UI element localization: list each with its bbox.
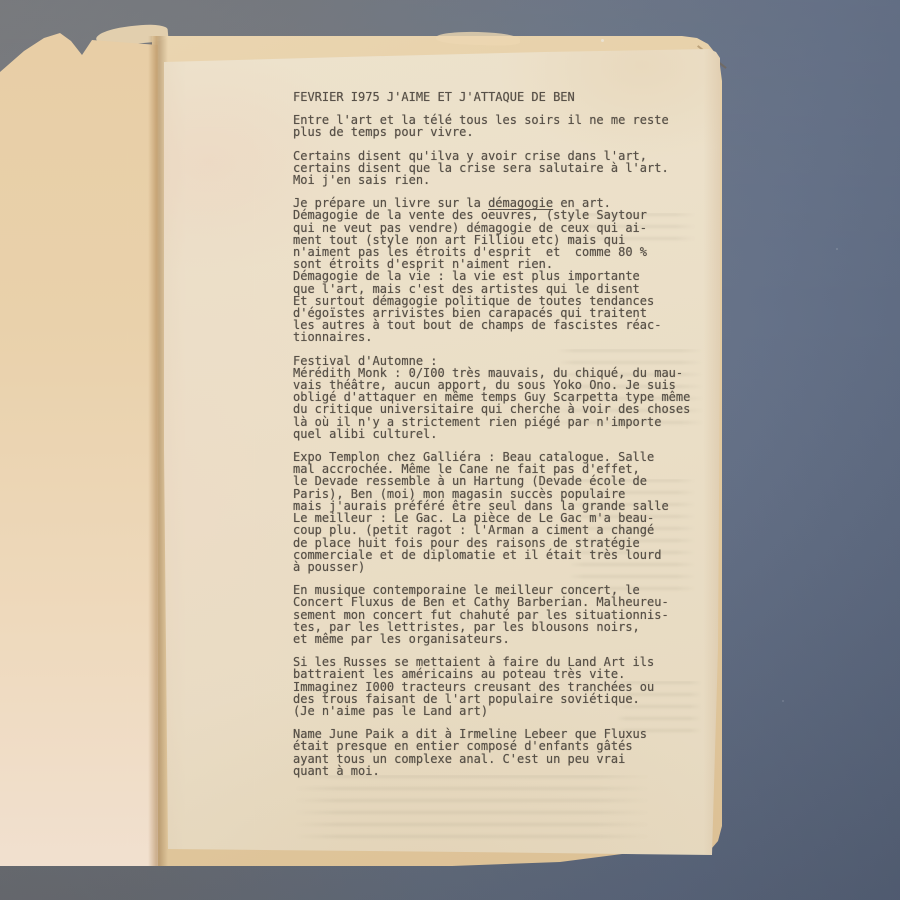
typed-paragraph: Certains disent qu'ilva y avoir crise da…	[293, 150, 703, 187]
typed-line: ayant tous un complexe anal. C'est un pe…	[293, 753, 703, 765]
typed-paragraph: Je prépare un livre sur la démagogie en …	[293, 197, 703, 343]
typed-line: le Devade ressemble à un Hartung (Devade…	[293, 475, 703, 487]
typed-line: du critique universitaire qui cherche à …	[293, 403, 703, 415]
typed-line: quant à moi.	[293, 765, 703, 777]
typed-line: (Je n'aime pas le Land art)	[293, 705, 703, 717]
typed-line: qui ne veut pas vendre) démagogie de ceu…	[293, 222, 703, 234]
photo-backdrop: FEVRIER I975 J'AIME ET J'ATTAQUE DE BEN …	[0, 0, 900, 900]
typed-line: Certains disent qu'ilva y avoir crise da…	[293, 150, 703, 162]
dust-speck	[601, 39, 604, 42]
typed-line: de place huit fois pour des raisons de s…	[293, 537, 703, 549]
typed-line: coup plu. (petit ragot : l'Arman a cimen…	[293, 524, 703, 536]
typed-line: et même par les organisateurs.	[293, 633, 703, 645]
dust-speck	[836, 248, 838, 250]
typed-line: Immaginez I000 tracteurs creusant des tr…	[293, 681, 703, 693]
dust-speck	[782, 700, 784, 702]
typed-line: plus de temps pour vivre.	[293, 126, 703, 138]
document-title: FEVRIER I975 J'AIME ET J'ATTAQUE DE BEN	[293, 91, 703, 103]
typed-line: Démagogie de la vie : la vie est plus im…	[293, 270, 703, 282]
typed-line: à pousser)	[293, 561, 703, 573]
typed-line: Moi j'en sais rien.	[293, 174, 703, 186]
typed-line: quel alibi culturel.	[293, 428, 703, 440]
booklet-cover-left-flap	[0, 33, 158, 866]
typed-line: battraient les américains au poteau très…	[293, 668, 703, 680]
typed-line: que l'art, mais c'est des artistes qui l…	[293, 283, 703, 295]
typed-paragraph: En musique contemporaine le meilleur con…	[293, 584, 703, 645]
typed-paragraph: Festival d'Automne :Mérédith Monk : 0/I0…	[293, 355, 703, 440]
typed-text: FEVRIER I975 J'AIME ET J'ATTAQUE DE BEN …	[293, 91, 703, 788]
typed-paragraph: Si les Russes se mettaient à faire du La…	[293, 656, 703, 717]
typed-line: sement mon concert fut chahuté par les s…	[293, 609, 703, 621]
typed-line: Concert Fluxus de Ben et Cathy Barberian…	[293, 596, 703, 608]
typed-line: Démagogie de la vente des oeuvres, (styl…	[293, 209, 703, 221]
typed-paragraph: Expo Templon chez Galliéra : Beau catalo…	[293, 451, 703, 573]
typed-line: tionnaires.	[293, 331, 703, 343]
typed-page: FEVRIER I975 J'AIME ET J'ATTAQUE DE BEN …	[164, 49, 720, 855]
typed-paragraph: Name June Paik a dit à Irmeline Lebeer q…	[293, 728, 703, 777]
typed-paragraph: Entre l'art et la télé tous les soirs il…	[293, 114, 703, 138]
typed-line: était presque en entier composé d'enfant…	[293, 740, 703, 752]
